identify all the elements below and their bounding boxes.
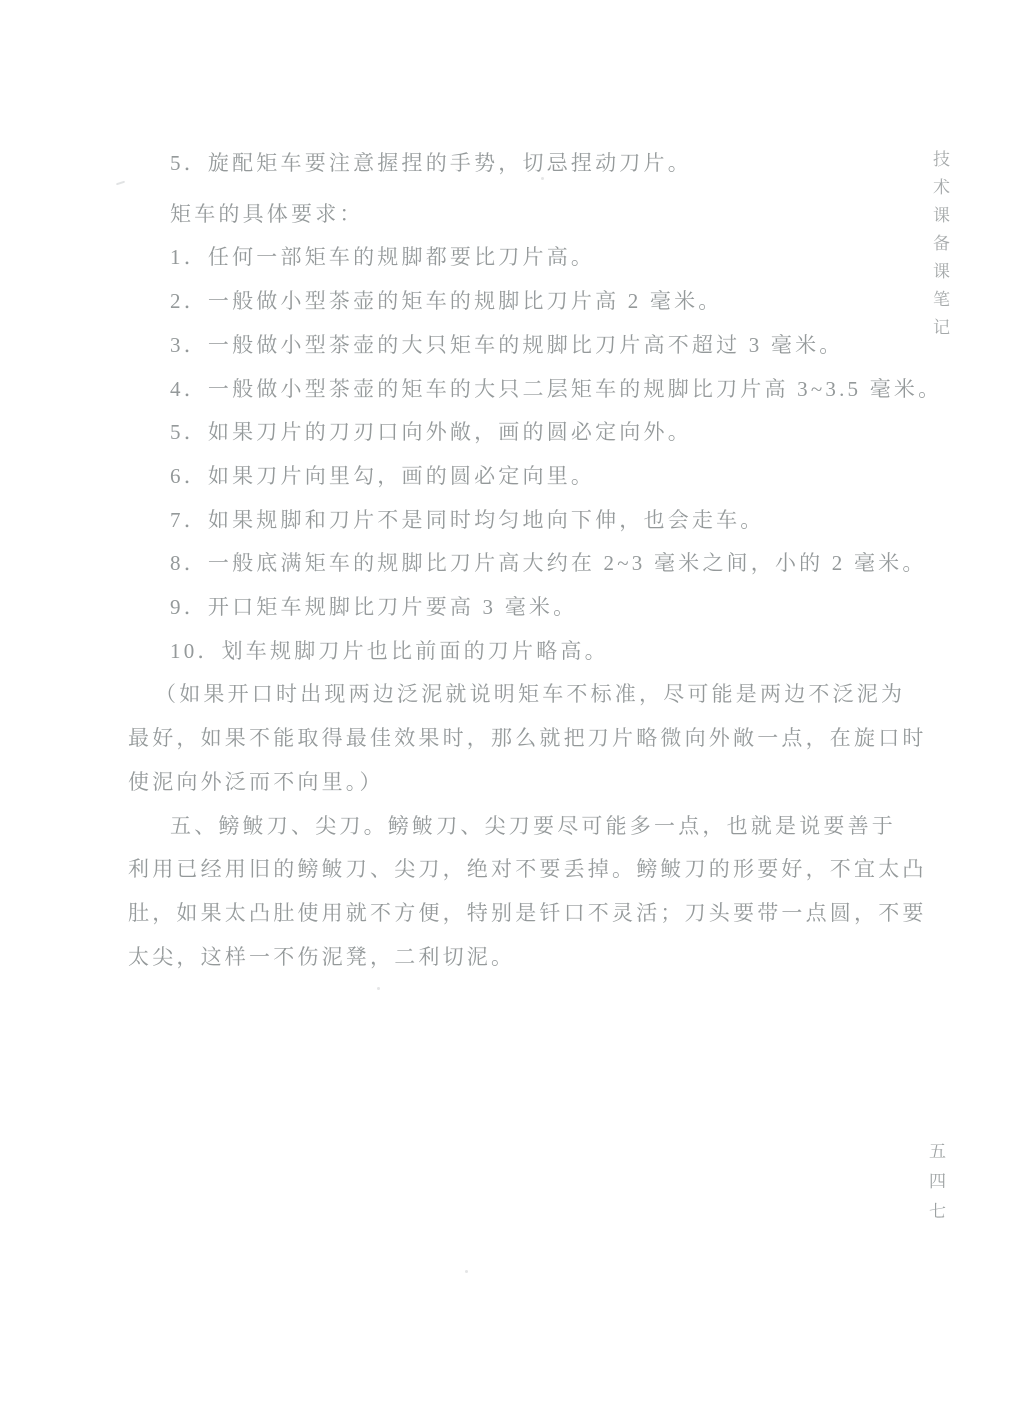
text-line: 7．如果规脚和刀片不是同时均匀地向下伸，也会走车。 [128,499,898,543]
scan-artifact [541,177,544,180]
text-line: 利用已经用旧的鳑鲏刀、尖刀，绝对不要丢掉。鳑鲏刀的形要好，不宜太凸 [128,848,898,892]
text-line: （如果开口时出现两边泛泥就说明矩车不标准，尽可能是两边不泛泥为 [128,673,898,717]
text-line: 4．一般做小型茶壶的矩车的大只二层矩车的规脚比刀片高 3~3.5 毫米。 [128,368,898,412]
text-line: 1．任何一部矩车的规脚都要比刀片高。 [128,236,898,280]
page-number: 五四七 [923,1142,948,1232]
text-line: 肚，如果太凸肚使用就不方便，特别是钎口不灵活；刀头要带一点圆，不要 [128,892,898,936]
text-line: 8．一般底满矩车的规脚比刀片高大约在 2~3 毫米之间，小的 2 毫米。 [128,542,898,586]
text-line: 10．划车规脚刀片也比前面的刀片略高。 [128,630,898,674]
text-line: 6．如果刀片向里勾，画的圆必定向里。 [128,455,898,499]
scan-artifact [465,1270,468,1273]
scan-artifact [377,987,380,990]
text-line: 最好，如果不能取得最佳效果时，那么就把刀片略微向外敞一点，在旋口时 [128,717,898,761]
text-line: 3．一般做小型茶壶的大只矩车的规脚比刀片高不超过 3 毫米。 [128,324,898,368]
scan-artifact [116,181,125,186]
scanned-page: 技术课备课笔记 五四七 5．旋配矩车要注意握捏的手势，切忌捏动刀片。矩车的具体要… [0,0,1016,1424]
margin-label: 技术课备课笔记 [927,150,952,346]
text-line: 五、鳑鲏刀、尖刀。鳑鲏刀、尖刀要尽可能多一点，也就是说要善于 [128,805,898,849]
document-body: 5．旋配矩车要注意握捏的手势，切忌捏动刀片。矩车的具体要求：1．任何一部矩车的规… [128,142,898,979]
text-line: 使泥向外泛而不向里。） [128,761,898,805]
text-line: 5．如果刀片的刀刃口向外敞，画的圆必定向外。 [128,411,898,455]
text-line: 2．一般做小型茶壶的矩车的规脚比刀片高 2 毫米。 [128,280,898,324]
text-line: 9．开口矩车规脚比刀片要高 3 毫米。 [128,586,898,630]
text-line: 太尖，这样一不伤泥凳，二利切泥。 [128,936,898,980]
text-line: 5．旋配矩车要注意握捏的手势，切忌捏动刀片。 [128,142,898,186]
text-line: 矩车的具体要求： [128,193,898,237]
